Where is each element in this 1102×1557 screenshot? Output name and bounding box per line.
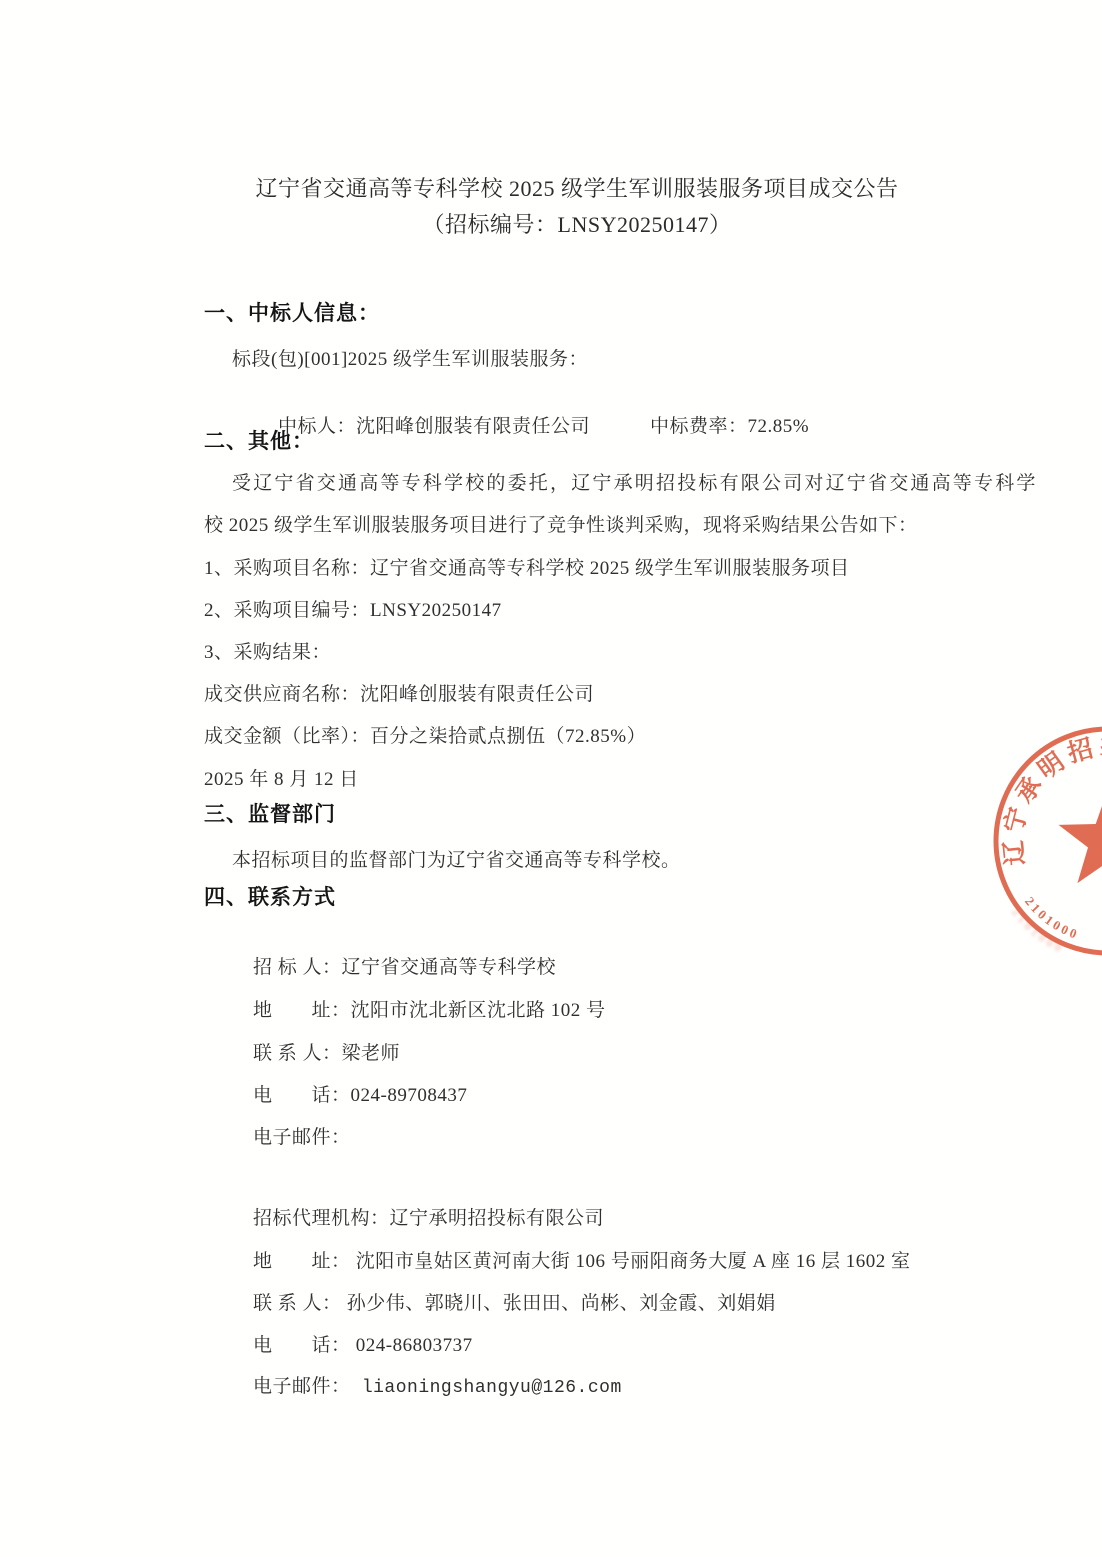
section2-paragraph-line1: 受辽宁省交通高等专科学校的委托，辽宁承明招投标有限公司对辽宁省交通高等专科学	[232, 472, 1038, 496]
date-line: 2025 年 8 月 12 日	[204, 768, 359, 792]
procurement-result-line: 3、采购结果：	[204, 641, 331, 665]
tenderer-email-label: 电子邮件：	[253, 1127, 351, 1148]
agency-email-value: liaoningshangyu@126.com	[351, 1378, 622, 1398]
agency-email-label: 电子邮件：	[253, 1376, 351, 1397]
tenderer-email-row: 电子邮件：	[232, 1102, 351, 1173]
seal-star-icon	[1059, 789, 1102, 883]
section1-heading: 一、中标人信息：	[204, 301, 380, 327]
procurement-number-line: 2、采购项目编号：LNSY20250147	[204, 599, 502, 623]
supplier-line: 成交供应商名称：沈阳峰创服装有限责任公司	[204, 683, 594, 707]
document-page: 辽宁省交通高等专科学校 2025 级学生军训服装服务项目成交公告 （招标编号：L…	[0, 0, 1102, 1557]
tender-number-subtitle: （招标编号：LNSY20250147）	[204, 208, 950, 239]
lot-line: 标段(包)[001]2025 级学生军训服装服务：	[232, 348, 588, 372]
winner-rate-text: 中标费率：72.85%	[650, 416, 809, 437]
section2-heading: 二、其他：	[204, 429, 314, 455]
winner-text: 中标人：沈阳峰创服装有限责任公司	[278, 416, 590, 437]
section4-heading: 四、联系方式	[204, 885, 336, 911]
tenderer-phone-value: 024-89708437	[351, 1085, 468, 1106]
agency-email-row: 电子邮件： liaoningshangyu@126.com	[232, 1351, 622, 1423]
section3-heading: 三、监督部门	[204, 802, 336, 828]
company-seal-stamp: 辽宁承明招投标有限公司 2101000 2101000	[978, 713, 1102, 973]
supervision-line: 本招标项目的监督部门为辽宁省交通高等专科学校。	[232, 849, 681, 873]
amount-line: 成交金额（比率）：百分之柒拾贰点捌伍（72.85%）	[204, 725, 646, 749]
procurement-name-line: 1、采购项目名称：辽宁省交通高等专科学校 2025 级学生军训服装服务项目	[204, 557, 850, 581]
section2-paragraph-line2: 校 2025 级学生军训服装服务项目进行了竞争性谈判采购，现将采购结果公告如下：	[204, 514, 918, 538]
winner-line: 中标人：沈阳峰创服装有限责任公司中标费率：72.85%	[257, 391, 809, 462]
page-title: 辽宁省交通高等专科学校 2025 级学生军训服装服务项目成交公告	[204, 172, 950, 203]
